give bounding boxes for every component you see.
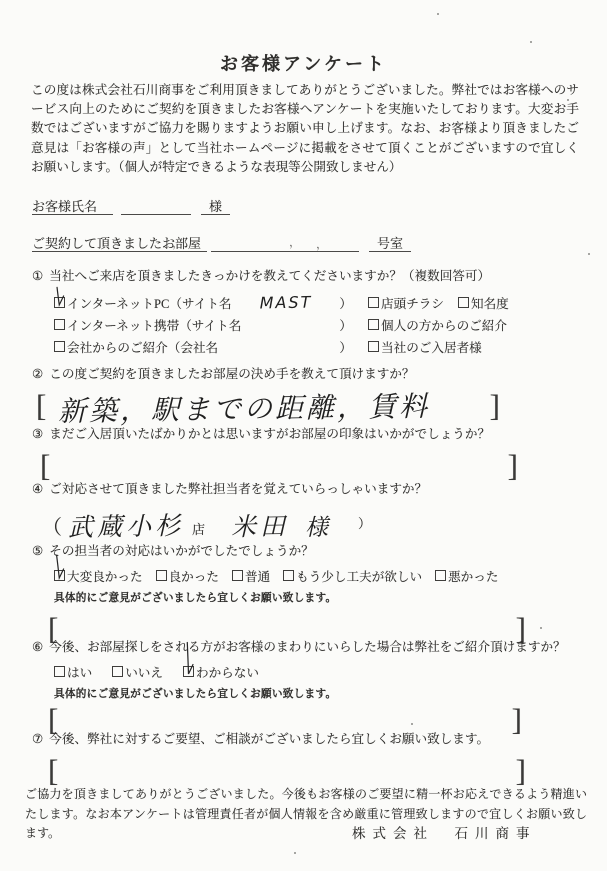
close-bracket: ] bbox=[516, 755, 526, 786]
pen-check-icon bbox=[184, 667, 193, 676]
option-label: 知名度 bbox=[471, 293, 509, 312]
checkbox-current-resident[interactable] bbox=[368, 341, 379, 352]
question-6: ⑥今後、お部屋探しをされる方がお客様のまわりにいらした場合は弊社をご紹介頂けます… bbox=[32, 636, 566, 736]
option-label: インターネットPC（サイト名 bbox=[67, 293, 232, 312]
option-label: 悪かった bbox=[448, 566, 498, 585]
q7-answer-area[interactable]: [ ] bbox=[48, 756, 526, 788]
question-label: まだご入居頂いたばかりかとは思いますがお部屋の印象はいかがでしょうか？ bbox=[49, 427, 490, 441]
close-paren: ） bbox=[339, 293, 352, 312]
checkbox-no[interactable] bbox=[112, 666, 123, 677]
question-5-options: 大変良かった 良かった 普通 もう少し工夫が欲しい 悪かった bbox=[54, 565, 526, 585]
scanned-survey-document: お客様アンケート この度は株式会社石川商事をご利用頂きましてありがとうございまし… bbox=[0, 0, 607, 871]
question-4: ④ご対応させて頂きました弊社担当者を覚えていらっしゃいますか？ （ 武蔵小杉 店… bbox=[32, 478, 427, 549]
question-7-text: ⑦今後、弊社に対するご要望、ご相談がございましたら宜しくお願い致します。 bbox=[32, 728, 526, 747]
question-label: 今後、お部屋探しをされる方がお客様のまわりにいらした場合は弊社をご紹介頂けますか… bbox=[49, 640, 565, 654]
scan-speck bbox=[530, 41, 532, 43]
question-1: ①当社へご来店を頂きましたきっかけを教えてくださいますか？（複数回答可） インタ… bbox=[32, 265, 509, 357]
question-2-text: ②この度ご契約を頂きましたお部屋の決め手を教えて頂けますか？ bbox=[32, 363, 500, 382]
site-name-handwritten[interactable]: MAST bbox=[231, 292, 339, 313]
question-label: 今後、弊社に対するご要望、ご相談がございましたら宜しくお願い致します。 bbox=[49, 732, 489, 746]
page-title: お客様アンケート bbox=[0, 50, 607, 76]
option-label: もう少し工夫が欲しい bbox=[296, 566, 422, 585]
question-6-text: ⑥今後、お部屋探しをされる方がお客様のまわりにいらした場合は弊社をご紹介頂けます… bbox=[32, 636, 566, 655]
question-number: ④ bbox=[32, 482, 43, 496]
option-label: 良かった bbox=[169, 566, 219, 585]
option-label: はい bbox=[67, 662, 92, 681]
option-label: 店頭チラシ bbox=[381, 293, 444, 312]
question-1-text: ①当社へご来店を頂きましたきっかけを教えてくださいますか？（複数回答可） bbox=[32, 265, 509, 284]
close-paren: ） bbox=[358, 513, 371, 532]
scan-speck bbox=[437, 13, 439, 15]
question-5-text: ⑤その担当者の対応はいかがでしたでしょうか？ bbox=[32, 540, 526, 559]
option-label: 普通 bbox=[245, 566, 270, 585]
question-label: その担当者の対応はいかがでしたでしょうか？ bbox=[49, 544, 313, 558]
pen-mark: ， bbox=[316, 235, 328, 252]
company-name: 株式会社 石川商事 bbox=[352, 822, 537, 842]
pen-check-icon bbox=[55, 298, 64, 307]
question-6-options: はい いいえ わからない bbox=[54, 661, 566, 681]
sama-suffix: 様 bbox=[201, 199, 230, 215]
comment-note: 具体的にご意見がございましたら宜しくお願い致します。 bbox=[54, 590, 526, 605]
question-3-text: ③まだご入居頂いたばかりかとは思いますがお部屋の印象はいかがでしょうか？ bbox=[32, 423, 518, 442]
checkbox-yes[interactable] bbox=[54, 666, 65, 677]
checkbox-company-referral[interactable] bbox=[54, 341, 65, 352]
option-label: インターネット携帯（サイト名 bbox=[67, 315, 241, 334]
question-number: ① bbox=[32, 269, 43, 283]
open-bracket: [ bbox=[40, 450, 50, 481]
option-label: 大変良かった bbox=[67, 566, 143, 585]
comment-note: 具体的にご意見がございましたら宜しくお願い致します。 bbox=[54, 686, 566, 701]
checkbox-awareness[interactable] bbox=[458, 297, 469, 308]
close-paren: ） bbox=[339, 315, 352, 334]
pen-mark: ， bbox=[172, 234, 184, 251]
question-label: 当社へご来店を頂きましたきっかけを教えてくださいますか？（複数回答可） bbox=[49, 269, 490, 283]
checkbox-flyer[interactable] bbox=[368, 297, 379, 308]
checkbox-excellent[interactable] bbox=[54, 570, 65, 581]
close-bracket: ] bbox=[490, 390, 500, 421]
open-bracket: [ bbox=[36, 390, 46, 421]
branch-handwritten: 武蔵小杉 bbox=[68, 506, 185, 544]
checkbox-bad[interactable] bbox=[435, 570, 446, 581]
question-1-options: インターネットPC（サイト名 MAST ） 店頭チラシ 知名度 インターネット携… bbox=[54, 291, 509, 357]
question-2: ②この度ご契約を頂きましたお部屋の決め手を教えて頂けますか？ [ 新築，駅までの… bbox=[32, 363, 500, 430]
checkbox-internet-pc[interactable] bbox=[54, 297, 65, 308]
scan-speck bbox=[294, 852, 296, 854]
checkbox-not-sure[interactable] bbox=[183, 666, 194, 677]
question-number: ⑤ bbox=[32, 544, 43, 558]
checkbox-personal-referral[interactable] bbox=[368, 319, 379, 330]
customer-name-label: お客様氏名 bbox=[32, 199, 113, 215]
question-number: ⑦ bbox=[32, 732, 43, 746]
checkbox-average[interactable] bbox=[232, 570, 243, 581]
store-label: 店 bbox=[192, 519, 205, 538]
scan-speck bbox=[540, 627, 542, 629]
customer-name-field[interactable] bbox=[121, 199, 191, 215]
option-label: いいえ bbox=[125, 662, 163, 681]
option-label: 当社のご入居者様 bbox=[381, 337, 482, 356]
pen-check-icon bbox=[55, 571, 64, 580]
checkbox-good[interactable] bbox=[156, 570, 167, 581]
person-handwritten: 米田 bbox=[231, 506, 290, 543]
scan-speck bbox=[588, 253, 590, 255]
room-suffix: 号室 bbox=[369, 236, 411, 252]
close-paren: ） bbox=[339, 337, 352, 356]
room-row: ご契約して頂きましたお部屋号室 bbox=[32, 233, 411, 252]
question-label: この度ご契約を頂きましたお部屋の決め手を教えて頂けますか？ bbox=[49, 367, 414, 381]
open-bracket: [ bbox=[48, 755, 58, 786]
question-number: ⑥ bbox=[32, 640, 43, 654]
close-bracket: ] bbox=[508, 450, 518, 481]
option-label: 会社からのご紹介（会社名 bbox=[67, 337, 218, 356]
question-3: ③まだご入居頂いたばかりかとは思いますがお部屋の印象はいかがでしょうか？ [ ] bbox=[32, 423, 518, 483]
open-paren: （ bbox=[42, 511, 62, 540]
question-number: ② bbox=[32, 367, 43, 381]
option-label: 個人の方からのご紹介 bbox=[381, 315, 507, 334]
question-5: ⑤その担当者の対応はいかがでしたでしょうか？ 大変良かった 良かった 普通 もう… bbox=[32, 540, 526, 648]
checkbox-internet-mobile[interactable] bbox=[54, 319, 65, 330]
room-field[interactable] bbox=[211, 236, 359, 252]
sama-handwritten: 様 bbox=[305, 508, 333, 541]
question-7: ⑦今後、弊社に対するご要望、ご相談がございましたら宜しくお願い致します。 [ ] bbox=[32, 728, 526, 788]
intro-paragraph: この度は株式会社石川商事をご利用頂きましてありがとうございました。弊社ではお客様… bbox=[31, 81, 579, 177]
customer-name-row: お客様氏名様 bbox=[32, 196, 230, 215]
question-number: ③ bbox=[32, 427, 43, 441]
question-label: ご対応させて頂きました弊社担当者を覚えていらっしゃいますか？ bbox=[49, 482, 427, 496]
option-label: わからない bbox=[196, 662, 259, 681]
question-4-text: ④ご対応させて頂きました弊社担当者を覚えていらっしゃいますか？ bbox=[32, 478, 427, 497]
checkbox-needs-improvement[interactable] bbox=[283, 570, 294, 581]
pen-mark: ， bbox=[289, 233, 301, 250]
